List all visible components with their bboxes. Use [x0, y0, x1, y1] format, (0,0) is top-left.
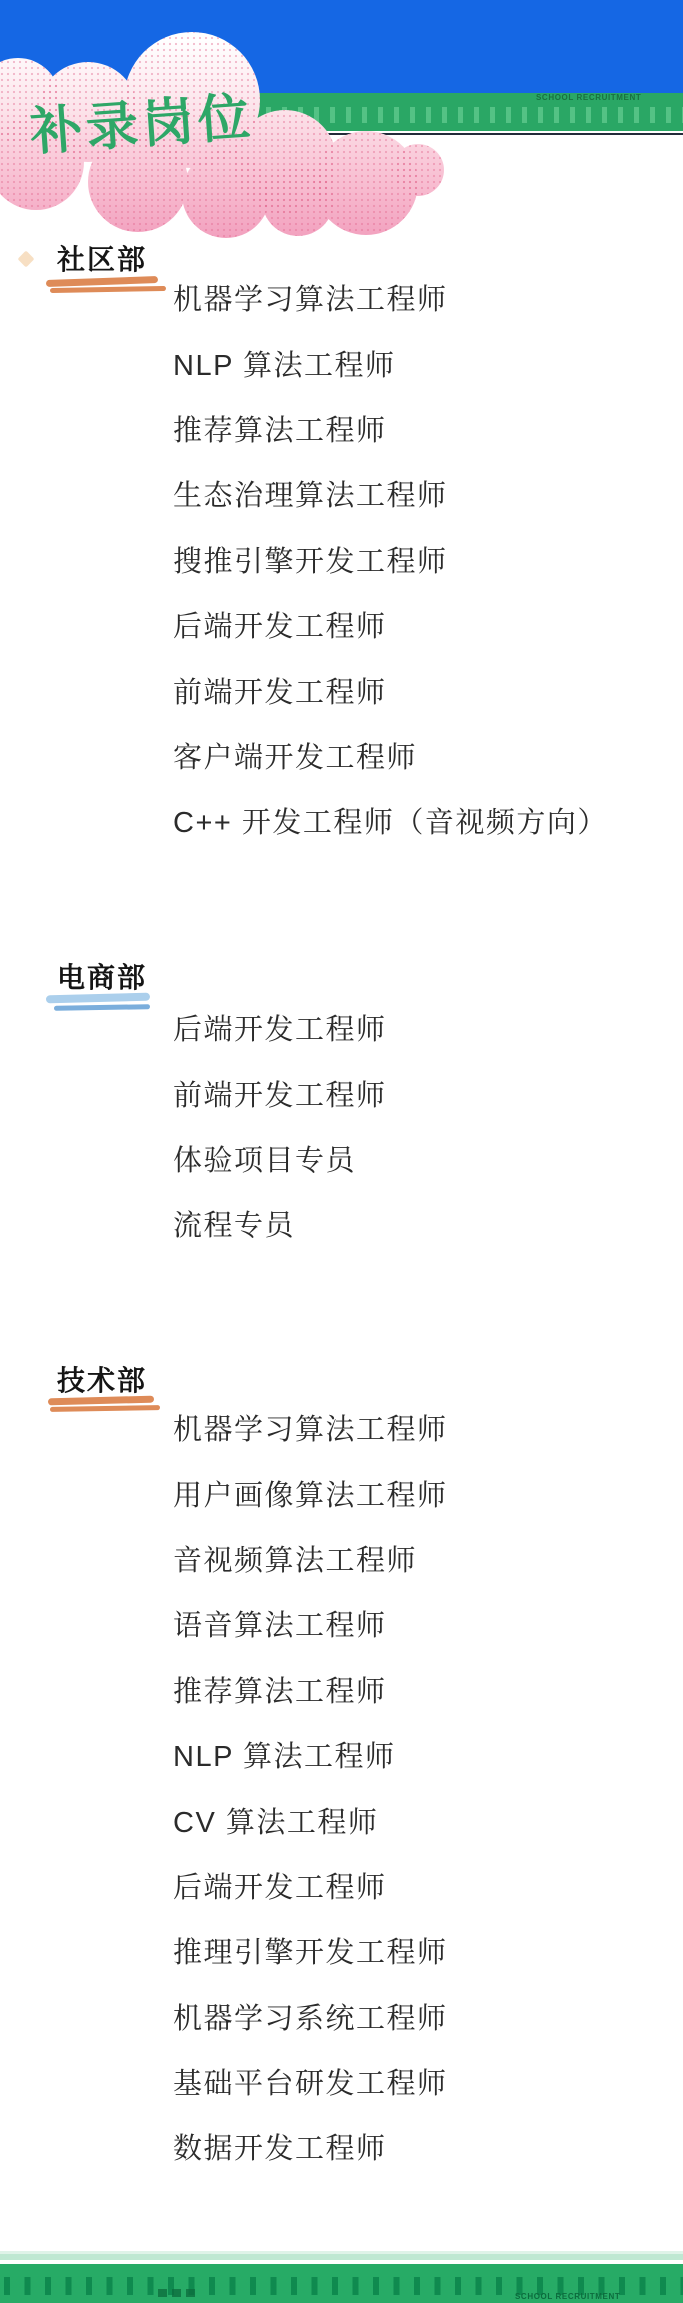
job-item: 客户端开发工程师 [173, 723, 608, 788]
job-item: NLP 算法工程师 [173, 330, 608, 395]
job-item: 生态治理算法工程师 [173, 461, 608, 526]
job-item: 前端开发工程师 [173, 657, 608, 722]
job-item: 后端开发工程师 [173, 1853, 448, 1918]
sparkle-icon [18, 251, 35, 268]
underline-stroke [50, 1405, 160, 1412]
underline-stroke [46, 276, 158, 287]
section-header-community: 社区部 [57, 243, 147, 277]
job-item: 体验项目专员 [173, 1126, 387, 1191]
footer-school-recruitment-tagline: SCHOOL RECRUITMENT [515, 2292, 620, 2301]
job-item: NLP 算法工程师 [173, 1722, 448, 1787]
job-item: 流程专员 [173, 1191, 387, 1256]
job-item: 机器学习系统工程师 [173, 1984, 448, 2049]
section-header-ecommerce: 电商部 [57, 961, 147, 995]
job-item: 音视频算法工程师 [173, 1526, 448, 1591]
underline-stroke [48, 1396, 154, 1406]
job-item: C++ 开发工程师（音视频方向） [173, 788, 608, 853]
job-item: 基础平台研发工程师 [173, 2049, 448, 2114]
job-item: 后端开发工程师 [173, 592, 608, 657]
underline-stroke [54, 1004, 150, 1011]
job-item: 用户画像算法工程师 [173, 1460, 448, 1525]
job-item: CV 算法工程师 [173, 1787, 448, 1852]
school-recruitment-tagline: SCHOOL RECRUITMENT [536, 93, 641, 102]
underline-stroke [46, 993, 150, 1004]
job-item: 推理引擎开发工程师 [173, 1918, 448, 1983]
job-item: 推荐算法工程师 [173, 396, 608, 461]
footer-left-mark [158, 2289, 198, 2297]
job-item: 后端开发工程师 [173, 995, 387, 1060]
underline-stroke [50, 286, 166, 293]
section-header-technology: 技术部 [57, 1364, 147, 1398]
job-item: 机器学习算法工程师 [173, 265, 608, 330]
job-item: 推荐算法工程师 [173, 1657, 448, 1722]
job-list-community: 机器学习算法工程师 NLP 算法工程师 推荐算法工程师 生态治理算法工程师 搜推… [173, 265, 608, 854]
job-item: 搜推引擎开发工程师 [173, 527, 608, 592]
recruitment-poster: SCHOOL RECRUITMENT [0, 0, 683, 2303]
job-item: 机器学习算法工程师 [173, 1395, 448, 1460]
job-list-technology: 机器学习算法工程师 用户画像算法工程师 音视频算法工程师 语音算法工程师 推荐算… [173, 1395, 448, 2180]
job-item: 语音算法工程师 [173, 1591, 448, 1656]
job-list-ecommerce: 后端开发工程师 前端开发工程师 体验项目专员 流程专员 [173, 995, 387, 1257]
job-item: 数据开发工程师 [173, 2114, 448, 2179]
job-item: 前端开发工程师 [173, 1060, 387, 1125]
